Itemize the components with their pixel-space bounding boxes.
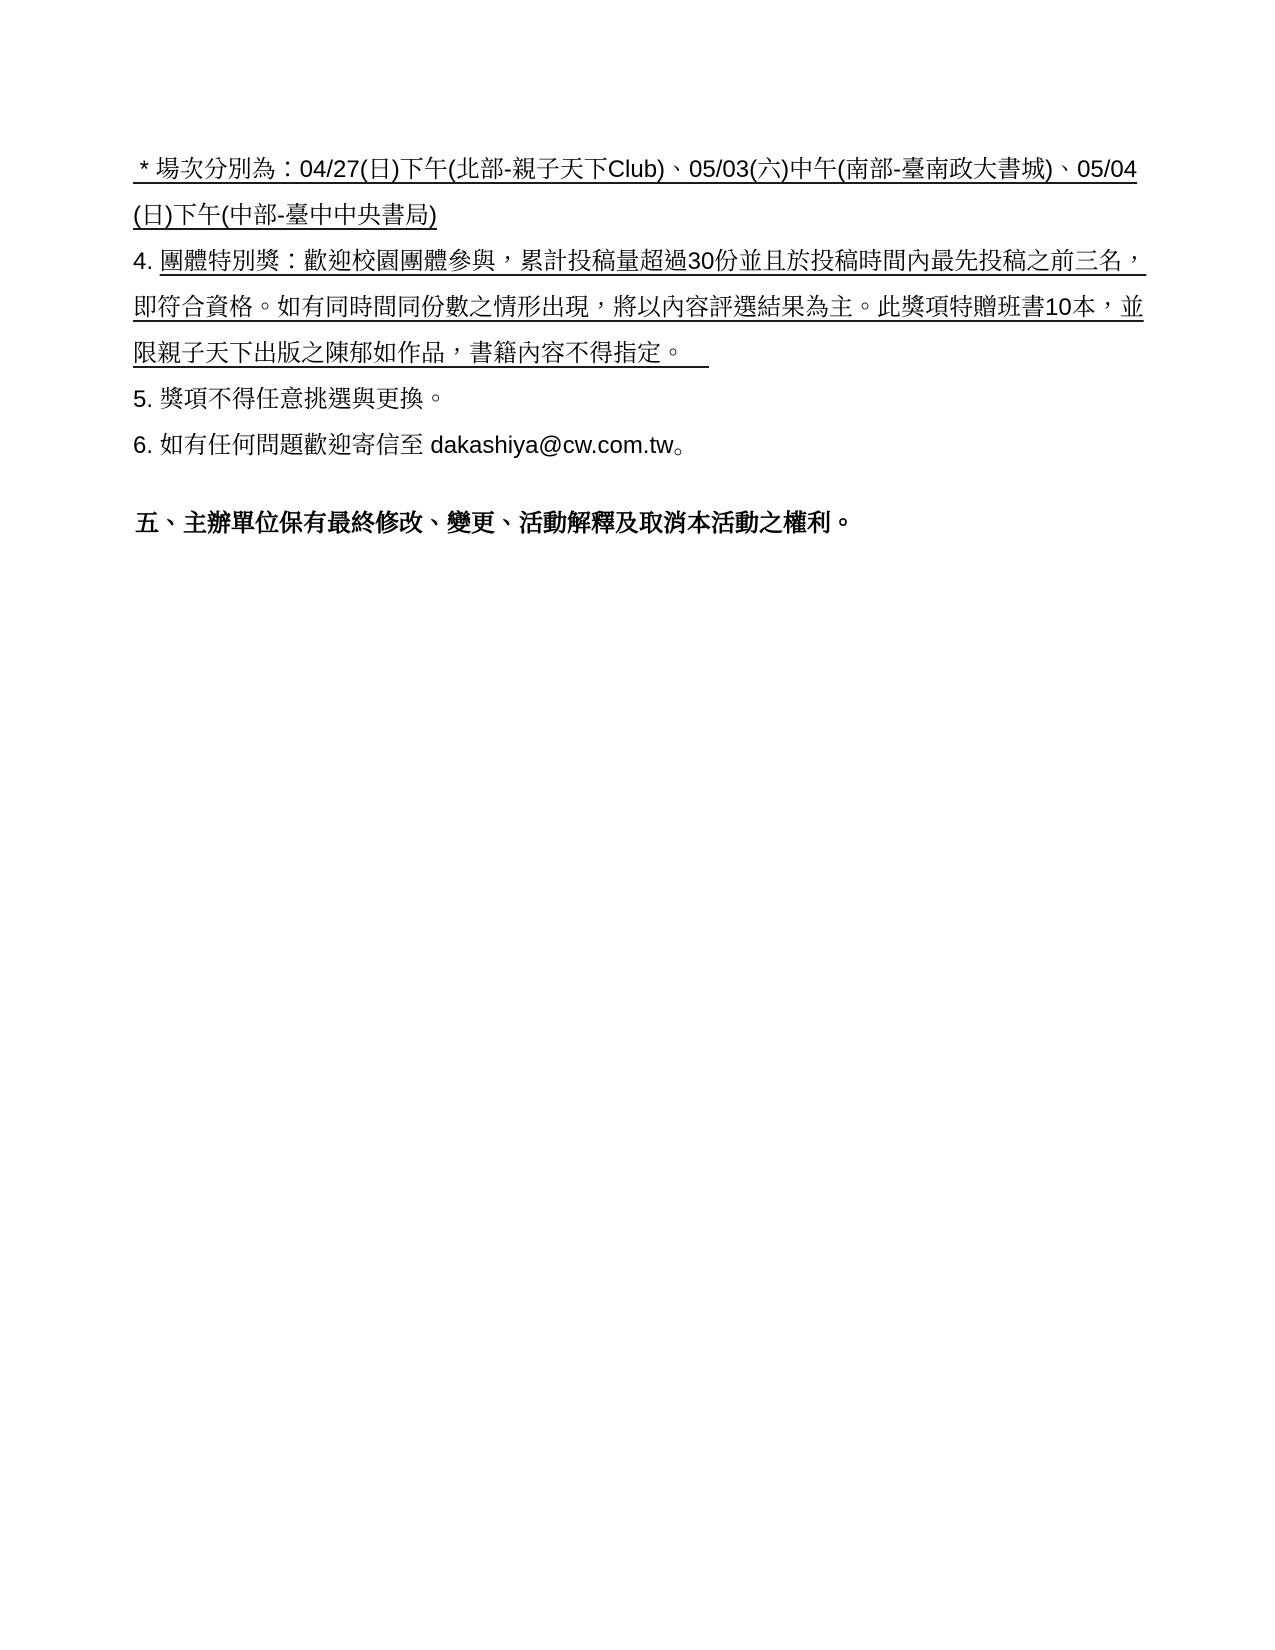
item-4-number: 4.	[133, 248, 160, 275]
session-note-underlined-text-2: (日)下午(中部-臺中中央書局)	[133, 202, 437, 229]
item-4-line-3: 限親子天下出版之陳郁如作品，書籍內容不得指定。	[133, 331, 1138, 377]
email-address: dakashiya@cw.com.tw	[430, 432, 673, 459]
closing-statement: 五、主辦單位保有最終修改、變更、活動解釋及取消本活動之權利。	[135, 501, 1138, 547]
item-4-underlined-text-2: 即符合資格。如有同時間同份數之情形出現，將以內容評選結果為主。此獎項特贈班書10…	[133, 294, 1144, 321]
document-page: * 場次分別為：04/27(日)下午(北部-親子天下Club)、05/03(六)…	[0, 0, 1275, 1650]
item-4-line-2: 即符合資格。如有同時間同份數之情形出現，將以內容評選結果為主。此獎項特贈班書10…	[133, 285, 1138, 331]
item-6-suffix: 。	[673, 432, 697, 459]
item-4-underlined-text-3: 限親子天下出版之陳郁如作品，書籍內容不得指定。	[133, 340, 709, 367]
session-note-underlined-text-1: * 場次分別為：04/27(日)下午(北部-親子天下Club)、05/03(六)…	[133, 156, 1137, 183]
item-6-text: 6. 如有任何問題歡迎寄信至 dakashiya@cw.com.tw。	[133, 423, 1138, 469]
item-4-underlined-text-1: 團體特別獎：歡迎校園團體參與，累計投稿量超過30份並且於投稿時間內最先投稿之前三…	[160, 248, 1147, 275]
item-5-text: 5. 獎項不得任意挑選與更換。	[133, 377, 1138, 423]
session-note-line-2: (日)下午(中部-臺中中央書局)	[133, 193, 1138, 239]
item-4-line-1: 4. 團體特別獎：歡迎校園團體參與，累計投稿量超過30份並且於投稿時間內最先投稿…	[133, 239, 1138, 285]
session-note-line-1: * 場次分別為：04/27(日)下午(北部-親子天下Club)、05/03(六)…	[133, 147, 1138, 193]
item-6-prefix: 6. 如有任何問題歡迎寄信至	[133, 432, 430, 459]
document-text-block: * 場次分別為：04/27(日)下午(北部-親子天下Club)、05/03(六)…	[133, 147, 1138, 547]
